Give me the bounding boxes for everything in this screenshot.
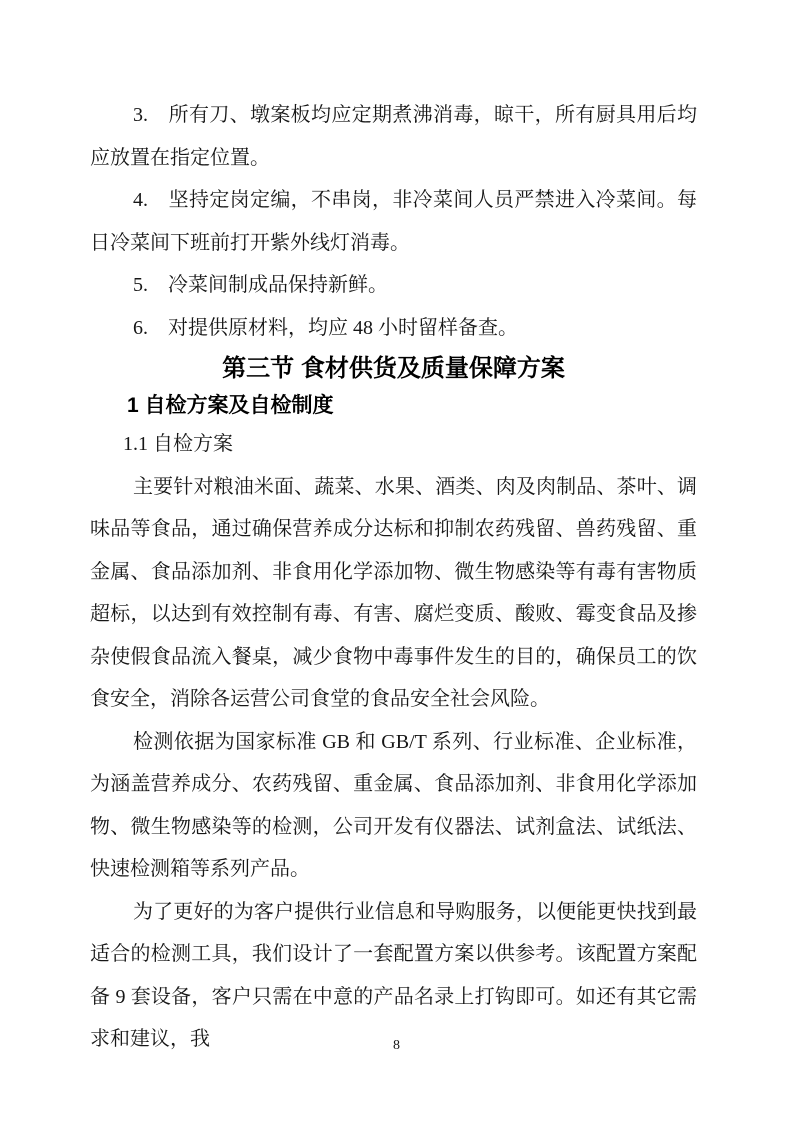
document-page: 3. 所有刀、墩案板均应定期煮沸消毒，晾干，所有厨具用后均应放置在指定位置。 4… bbox=[0, 0, 793, 1122]
page-number: 8 bbox=[0, 1038, 793, 1054]
subsection-heading: 1 自检方案及自检制度 bbox=[90, 389, 697, 423]
paragraph-configuration-plan: 为了更好的为客户提供行业信息和导购服务，以便能更快找到最适合的检测工具，我们设计… bbox=[90, 891, 697, 1061]
paragraph-self-check-scope: 主要针对粮油米面、蔬菜、水果、酒类、肉及肉制品、茶叶、调味品等食品，通过确保营养… bbox=[90, 466, 697, 721]
section-heading: 第三节 食材供货及质量保障方案 bbox=[90, 349, 697, 389]
list-item-4: 4. 坚持定岗定编，不串岗，非冷菜间人员严禁进入冷菜间。每日冷菜间下班前打开紫外… bbox=[90, 179, 697, 264]
list-item-3: 3. 所有刀、墩案板均应定期煮沸消毒，晾干，所有厨具用后均应放置在指定位置。 bbox=[90, 94, 697, 179]
list-item-6: 6. 对提供原材料，均应 48 小时留样备查。 bbox=[90, 307, 697, 350]
paragraph-testing-standards: 检测依据为国家标准 GB 和 GB/T 系列、行业标准、企业标准，为涵盖营养成分… bbox=[90, 721, 697, 891]
list-item-5: 5. 冷菜间制成品保持新鲜。 bbox=[90, 264, 697, 307]
subsubsection-heading: 1.1 自检方案 bbox=[90, 423, 697, 466]
